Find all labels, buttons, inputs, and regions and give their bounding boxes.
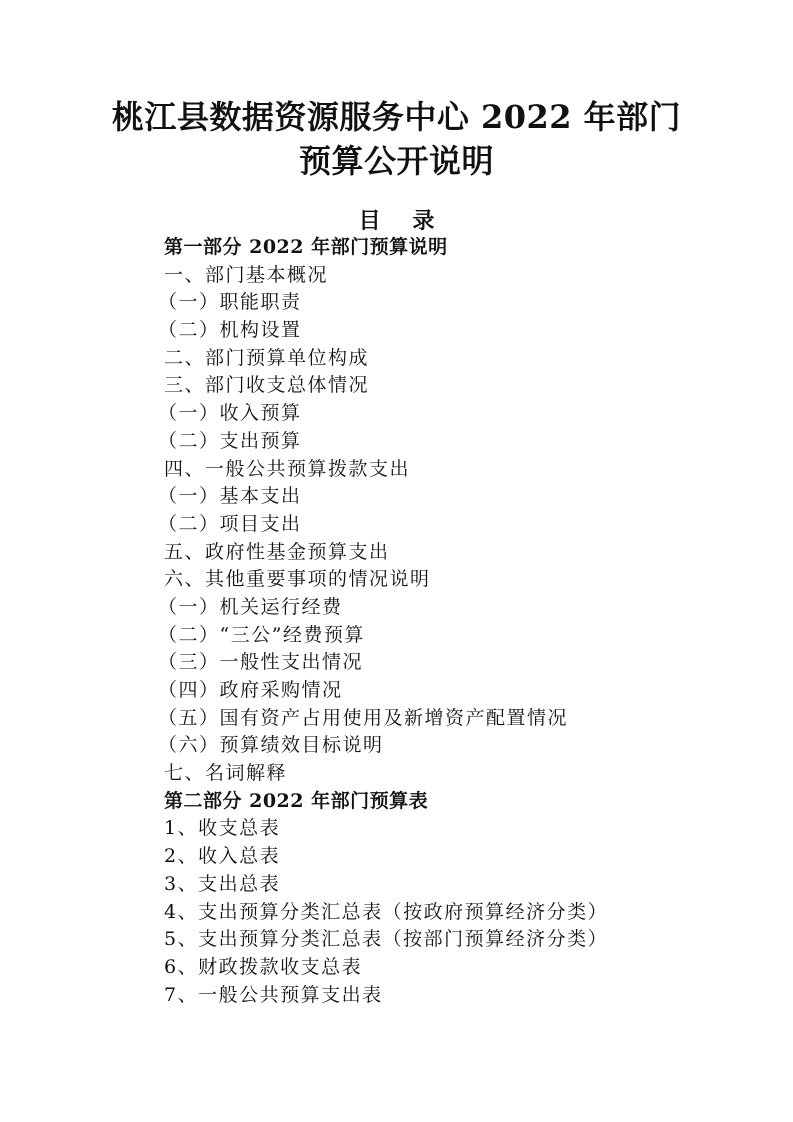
- toc-entry: 三、部门收支总体情况: [164, 372, 764, 400]
- toc-entry: （一）机关运行经费: [158, 594, 764, 622]
- toc-entry: 2、收入总表: [164, 843, 764, 871]
- toc-entry: （四）政府采购情况: [158, 677, 764, 705]
- toc-entry: 3、支出总表: [164, 871, 764, 899]
- toc-entry: （一）收入预算: [158, 400, 764, 428]
- toc-entry: （一）基本支出: [158, 483, 764, 511]
- toc-entry: 4、支出预算分类汇总表（按政府预算经济分类）: [164, 899, 764, 927]
- toc-heading: 目 录: [0, 204, 793, 235]
- toc-entry: 6、财政拨款收支总表: [164, 954, 764, 982]
- toc-entry: 四、一般公共预算拨款支出: [164, 456, 764, 484]
- toc-part-2: 第二部分 2022 年部门预算表: [164, 788, 764, 816]
- toc-entry: （二）“三公”经费预算: [158, 622, 764, 650]
- toc-entry: （五）国有资产占用使用及新增资产配置情况: [158, 705, 764, 733]
- document-title-line-2: 预算公开说明: [0, 142, 793, 180]
- toc-entry: （三）一般性支出情况: [158, 649, 764, 677]
- table-of-contents: 第一部分 2022 年部门预算说明 一、部门基本概况 （一）职能职责 （二）机构…: [164, 234, 764, 1009]
- toc-entry: （二）项目支出: [158, 511, 764, 539]
- document-title-line-1: 桃江县数据资源服务中心 2022 年部门: [0, 98, 793, 136]
- toc-part-1: 第一部分 2022 年部门预算说明: [164, 234, 764, 262]
- toc-entry: （二）支出预算: [158, 428, 764, 456]
- toc-entry: 一、部门基本概况: [164, 262, 764, 290]
- toc-entry: （六）预算绩效目标说明: [158, 732, 764, 760]
- toc-entry: 二、部门预算单位构成: [164, 345, 764, 373]
- toc-entry: 7、一般公共预算支出表: [164, 982, 764, 1010]
- toc-entry: 1、收支总表: [164, 815, 764, 843]
- toc-entry: （一）职能职责: [158, 289, 764, 317]
- toc-entry: 5、支出预算分类汇总表（按部门预算经济分类）: [164, 926, 764, 954]
- toc-entry: （二）机构设置: [158, 317, 764, 345]
- toc-entry: 七、名词解释: [164, 760, 764, 788]
- toc-entry: 五、政府性基金预算支出: [164, 539, 764, 567]
- toc-entry: 六、其他重要事项的情况说明: [164, 566, 764, 594]
